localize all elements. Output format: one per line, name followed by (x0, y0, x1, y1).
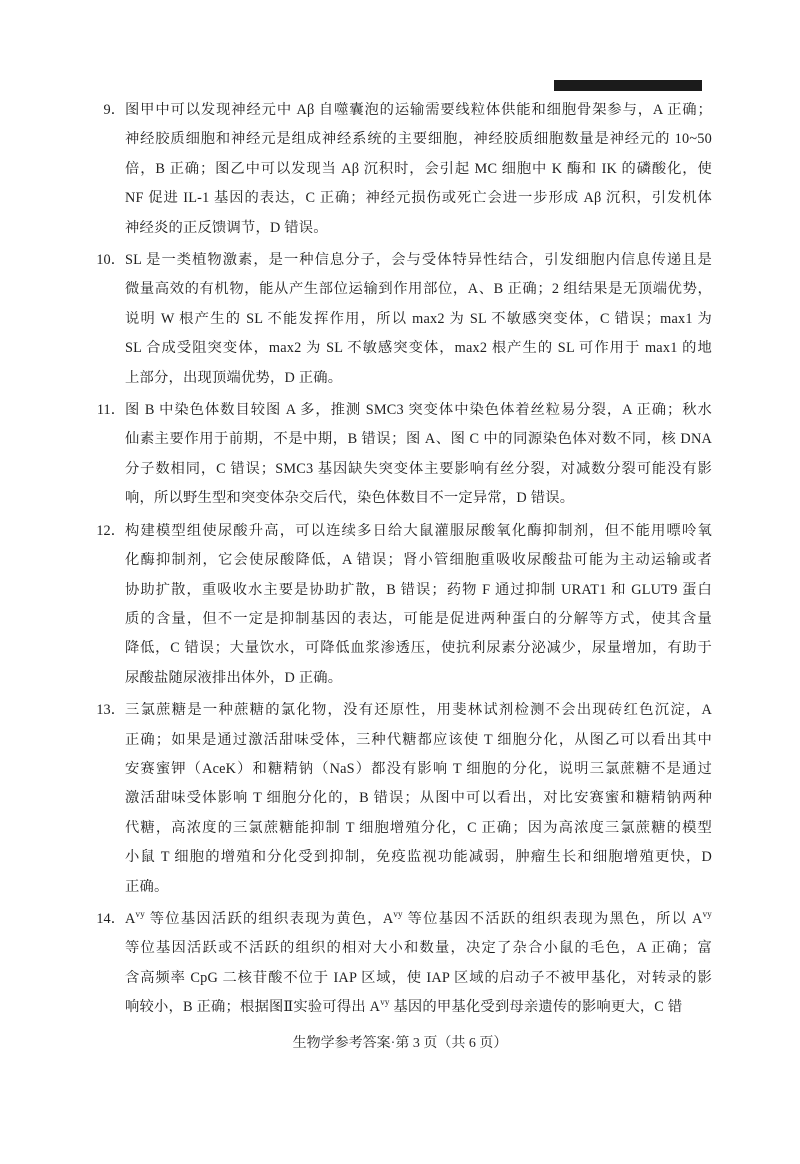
answer-line: 代糖，高浓度的三氯蔗糖能抑制 T 细胞增殖分化，C 正确；因为高浓度三氯蔗糖的模… (125, 814, 712, 843)
item-number: 11． (88, 396, 125, 514)
answer-line: 尿酸盐随尿液排出体外，D 正确。 (125, 664, 712, 693)
answer-line: SL 合成受阻突变体，max2 为 SL 不敏感突变体，max2 根产生的 SL… (125, 334, 712, 363)
answer-list: 9．图甲中可以发现神经元中 Aβ 自噬囊泡的运输需要线粒体供能和细胞骨架参与，A… (88, 96, 712, 1026)
item-body: Avy 等位基因活跃的组织表现为黄色，Avy 等位基因不活跃的组织表现为黑色，所… (125, 905, 712, 1023)
item-body: 构建模型组使尿酸升高，可以连续多日给大鼠灌服尿酸氧化酶抑制剂，但不能用嘌呤氧化酶… (125, 517, 712, 693)
answer-line: 上部分，出现顶端优势，D 正确。 (125, 364, 712, 393)
answer-line: 激活甜味受体影响 T 细胞分化的，B 错误；从图中可以看出，对比安赛蜜和糖精钠两… (125, 784, 712, 813)
answer-line: 仙素主要作用于前期，不是中期，B 错误；图 A、图 C 中的同源染色体对数不同，… (125, 425, 712, 454)
answer-line: 化酶抑制剂，它会使尿酸降低，A 错误；肾小管细胞重吸收尿酸盐可能为主动运输或者 (125, 546, 712, 575)
item-number: 10． (88, 246, 125, 393)
answer-line: 质的含量，但不一定是抑制基因的表达，可能是促进两种蛋白的分解等方式，使其含量 (125, 605, 712, 634)
answer-line: 图 B 中染色体数目较图 A 多，推测 SMC3 突变体中染色体着丝粒易分裂，A… (125, 396, 712, 425)
answer-line: 响，所以野生型和突变体杂交后代，染色体数目不一定异常，D 错误。 (125, 484, 712, 513)
answer-line: 正确；如果是通过激活甜味受体，三种代糖都应该使 T 细胞分化，从图乙可以看出其中 (125, 726, 712, 755)
answer-line: 正确。 (125, 873, 712, 902)
answer-line: 安赛蜜钾（AceK）和糖精钠（NaS）都没有影响 T 细胞的分化，说明三氯蔗糖不… (125, 755, 712, 784)
item-number: 9． (88, 96, 125, 243)
answer-line: 微量高效的有机物，能从产生部位运输到作用部位，A、B 正确；2 组结果是无顶端优… (125, 275, 712, 304)
page-footer: 生物学参考答案·第 3 页（共 6 页） (0, 1034, 800, 1054)
item-number: 14． (88, 905, 125, 1023)
answer-line: 等位基因活跃或不活跃的组织的相对大小和数量，决定了杂合小鼠的毛色，A 正确；富 (125, 934, 712, 963)
footer-text: 生物学参考答案·第 3 页（共 6 页） (293, 1036, 508, 1051)
answer-item: 10．SL 是一类植物激素，是一种信息分子，会与受体特异性结合，引发细胞内信息传… (88, 246, 712, 393)
answer-item: 9．图甲中可以发现神经元中 Aβ 自噬囊泡的运输需要线粒体供能和细胞骨架参与，A… (88, 96, 712, 243)
answer-item: 13．三氯蔗糖是一种蔗糖的氯化物，没有还原性，用斐林试剂检测不会出现砖红色沉淀，… (88, 696, 712, 902)
answer-line: 协助扩散，重吸收水主要是协助扩散，B 错误；药物 F 通过抑制 URAT1 和 … (125, 576, 712, 605)
answer-line: 说明 W 根产生的 SL 不能发挥作用，所以 max2 为 SL 不敏感突变体，… (125, 305, 712, 334)
answer-line: 构建模型组使尿酸升高，可以连续多日给大鼠灌服尿酸氧化酶抑制剂，但不能用嘌呤氧 (125, 517, 712, 546)
answer-line: 分子数相同，C 错误；SMC3 基因缺失突变体主要影响有丝分裂，对减数分裂可能没… (125, 455, 712, 484)
item-number: 12． (88, 517, 125, 693)
redaction-bar (554, 80, 702, 91)
item-body: 图 B 中染色体数目较图 A 多，推测 SMC3 突变体中染色体着丝粒易分裂，A… (125, 396, 712, 514)
answer-sheet-page: 9．图甲中可以发现神经元中 Aβ 自噬囊泡的运输需要线粒体供能和细胞骨架参与，A… (0, 0, 800, 1164)
answer-line: 神经炎的正反馈调节，D 错误。 (125, 214, 712, 243)
answer-line: 小鼠 T 细胞的增殖和分化受到抑制，免疫监视功能减弱，肿瘤生长和细胞增殖更快，D (125, 843, 712, 872)
answer-item: 12．构建模型组使尿酸升高，可以连续多日给大鼠灌服尿酸氧化酶抑制剂，但不能用嘌呤… (88, 517, 712, 693)
item-body: SL 是一类植物激素，是一种信息分子，会与受体特异性结合，引发细胞内信息传递且是… (125, 246, 712, 393)
answer-line: 三氯蔗糖是一种蔗糖的氯化物，没有还原性，用斐林试剂检测不会出现砖红色沉淀，A (125, 696, 712, 725)
answer-item: 14．Avy 等位基因活跃的组织表现为黄色，Avy 等位基因不活跃的组织表现为黑… (88, 905, 712, 1023)
answer-line: SL 是一类植物激素，是一种信息分子，会与受体特异性结合，引发细胞内信息传递且是 (125, 246, 712, 275)
item-number: 13． (88, 696, 125, 902)
answer-line: 含高频率 CpG 二核苷酸不位于 IAP 区域，使 IAP 区域的启动子不被甲基… (125, 964, 712, 993)
item-body: 三氯蔗糖是一种蔗糖的氯化物，没有还原性，用斐林试剂检测不会出现砖红色沉淀，A正确… (125, 696, 712, 902)
answer-line: Avy 等位基因活跃的组织表现为黄色，Avy 等位基因不活跃的组织表现为黑色，所… (125, 905, 712, 934)
answer-line: NF 促进 IL-1 基因的表达，C 正确；神经元损伤或死亡会进一步形成 Aβ … (125, 184, 712, 213)
answer-line: 图甲中可以发现神经元中 Aβ 自噬囊泡的运输需要线粒体供能和细胞骨架参与，A 正… (125, 96, 712, 125)
answer-line: 响较小，B 正确；根据图Ⅱ实验可得出 Avy 基因的甲基化受到母亲遗传的影响更大… (125, 993, 712, 1022)
answer-line: 神经胶质细胞和神经元是组成神经系统的主要细胞，神经胶质细胞数量是神经元的 10~… (125, 125, 712, 154)
answer-item: 11．图 B 中染色体数目较图 A 多，推测 SMC3 突变体中染色体着丝粒易分… (88, 396, 712, 514)
item-body: 图甲中可以发现神经元中 Aβ 自噬囊泡的运输需要线粒体供能和细胞骨架参与，A 正… (125, 96, 712, 243)
answer-line: 降低，C 错误；大量饮水，可降低血浆渗透压，使抗利尿素分泌减少，尿量增加，有助于 (125, 634, 712, 663)
answer-line: 倍，B 正确；图乙中可以发现当 Aβ 沉积时，会引起 MC 细胞中 K 酶和 I… (125, 155, 712, 184)
